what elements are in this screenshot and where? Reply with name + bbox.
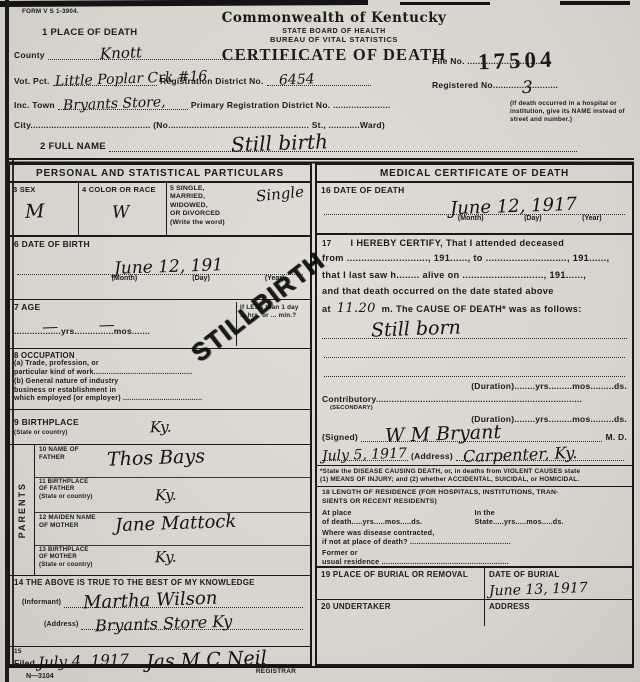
occupation-label: 8 OCCUPATION [14,351,306,360]
full-name-label: 2 FULL NAME [40,141,106,152]
birthplace-value: Ky. [150,418,172,437]
mother-name-value: Jane Mattock [115,511,237,536]
death-certificate-scan: FORM V S 1-3904. Commonwealth of Kentuck… [0,0,640,682]
county-row: County Knott [14,48,314,60]
certify-block: 17 I HEREBY CERTIFY, That I attended dec… [317,235,632,461]
primary-registration-label: Primary Registration District No. ......… [191,100,391,110]
in-state-line: In the State.....yrs.....mos.....ds. [475,508,628,526]
mother-birthplace-row: 13 BIRTHPLACE OF MOTHER (State or countr… [35,546,310,575]
section-divider [8,158,634,160]
precinct-label: Vot. Pct. [14,76,50,86]
dob-label: 6 DATE OF BIRTH [14,239,306,249]
header: FORM V S 1-3904. Commonwealth of Kentuck… [14,0,632,160]
precinct-row: Vot. Pct. Little Poplar Crk #16 Registra… [14,74,374,86]
mother-birthplace-value: Ky. [155,548,177,567]
personal-particulars-section: PERSONAL AND STATISTICAL PARTICULARS 3 S… [8,163,312,666]
duration-line: (Duration)........yrs.........mos.......… [322,381,627,391]
md-label: M. D. [605,432,627,442]
father-name-value: Thos Bays [107,445,206,470]
city-row: City....................................… [14,120,534,130]
certify-last-saw-line: that I last saw h........ alive on .....… [322,267,627,284]
birthplace-label: 9 BIRTHPLACE [14,417,79,427]
file-no-stamp: 17504 [478,47,556,76]
place-of-death-label: 1 PLACE OF DEATH [42,27,137,38]
mother-name-row: 12 MAIDEN NAME OF MOTHER Jane Mattock [35,513,310,546]
form-number: FORM V S 1-3904. [22,8,79,16]
secondary-note: (SECONDARY) [330,405,627,412]
registered-no-value: 3 [522,78,534,98]
filed-date: July 4, 1917 [38,651,130,672]
sex-color-marital-row: 3 SEX M 4 COLOR OR RACE W 5 SINGLE, MARR… [10,183,310,237]
contracted-line: Where was disease contracted, if not at … [322,528,627,546]
parents-label: PARENTS [17,482,27,538]
certify-from-line: from ............................, 191..… [322,250,627,267]
blank-dotted-line [324,343,625,358]
burial-date-cell: DATE OF BURIAL June 13, 1917 [484,568,632,599]
certify-death-occurred-line: and that death occurred on the date stat… [322,285,627,299]
sex-label: 3 SEX [13,185,75,194]
cause-value: Still born [370,317,461,342]
burial-block: 19 PLACE OF BURIAL OR REMOVAL DATE OF BU… [317,566,632,626]
undertaker-label: 20 UNDERTAKER [321,602,480,612]
form-footer-number: N—3104 [26,673,54,680]
color-race-label: 4 COLOR OR RACE [82,185,163,194]
informant-address-row: (Address) Bryants Store Ky [44,618,306,630]
medical-section-title: MEDICAL CERTIFICATE OF DEATH [317,165,632,183]
registrar-signature: Jas M C Neil [146,647,268,673]
inc-town-value: Bryants Store, [63,94,166,114]
undertaker-address-label: ADDRESS [489,602,628,612]
signed-date: July 5, 1917 [322,446,407,465]
cause-intro: m. The CAUSE OF DEATH* was as follows: [382,304,582,314]
cause-line: Still born [322,318,627,339]
occupation-b: (b) General nature of industry business … [14,378,306,404]
blank-dotted-line [324,362,625,377]
burial-date-label: DATE OF BURIAL [489,570,628,580]
burial-place-cell: 19 PLACE OF BURIAL OR REMOVAL [317,568,484,598]
father-name-row: 10 NAME OF FATHER Thos Bays [35,445,310,478]
signed-address-label: (Address) [411,451,453,461]
at-label: at [322,304,331,314]
undertaker-cell: 20 UNDERTAKER [317,599,484,626]
bottom-rule [8,666,634,669]
dod-label: 16 DATE OF DEATH [321,185,628,195]
certify-number: 17 [322,239,332,248]
residence-block: 18 LENGTH OF RESIDENCE (FOR HOSPITALS, I… [317,487,632,566]
informant-address-label: (Address) [44,621,78,630]
undertaker-address-cell: ADDRESS [484,599,632,626]
burial-date-value: June 13, 1917 [489,578,628,599]
full-name-value: Still birth [230,129,328,156]
signed-row: (Signed) W M Bryant M. D. [322,430,627,442]
county-label: County [14,50,45,60]
signed-label: (Signed) [322,432,358,442]
cause-footnote: *State the DISEASE CAUSING DEATH, or, in… [317,465,632,487]
footnote-line-2: (1) MEANS OF INJURY; and (2) whether ACC… [320,476,629,484]
registration-district-value: 6454 [279,71,315,88]
contributory-label: Contributory............................… [322,394,627,404]
precinct-value: Little Poplar Crk #16 [54,68,207,89]
board-subtitle: STATE BOARD OF HEALTH [184,28,484,35]
dod-year-label: (Year) [582,215,601,222]
former-residence-line: Former or usual residence ..............… [322,548,627,566]
bureau-subtitle: BUREAU OF VITAL STATISTICS [184,35,484,44]
informant-address-value: Bryants Store Ky [94,611,232,635]
residence-label: 18 LENGTH OF RESIDENCE (FOR HOSPITALS, I… [322,489,627,506]
parents-strip: PARENTS [10,445,35,575]
sex-cell: 3 SEX M [10,183,78,235]
color-race-value: W [112,201,164,223]
dob-day-label: (Day) [192,275,210,282]
medical-certificate-section: MEDICAL CERTIFICATE OF DEATH 16 DATE OF … [315,163,634,666]
informant-row: (Informant) Martha Wilson [22,596,306,608]
age-label: 7 AGE [14,302,236,312]
footnote-line-1: *State the DISEASE CAUSING DEATH, or, in… [320,468,629,476]
informant-heading: 14 THE ABOVE IS TRUE TO THE BEST OF MY K… [14,578,306,588]
father-birthplace-value: Ky. [155,485,177,504]
occupation-row: 8 OCCUPATION (a) Trade, profession, or p… [10,349,310,410]
county-value: Knott [100,43,143,62]
date-of-death-row: 16 DATE OF DEATH June 12, 1917 (Month) (… [317,183,632,235]
filed-block: 15 Filed July 4, 1917 Jas M C Neil REGIS… [10,647,310,677]
parents-block: PARENTS 10 NAME OF FATHER Thos Bays 11 B… [10,445,310,576]
signed-value: W M Bryant [385,421,502,447]
occupation-a: (a) Trade, profession, or particular kin… [14,360,306,378]
at-value: 11.20 [337,301,376,316]
marital-cell: 5 SINGLE, MARRIED, WIDOWED, OR DIVORCED … [166,183,310,235]
father-birthplace-row: 11 BIRTHPLACE OF FATHER (State or countr… [35,478,310,513]
dob-value: June 12, 191 [114,255,224,279]
birthplace-row: 9 BIRTHPLACE (State or country) Ky. [10,410,310,445]
sex-value: M [25,199,76,223]
signed-date-address-row: July 5, 1917 (Address) Carpenter, Ky. [322,449,627,461]
age-value: — — [42,315,115,337]
informant-label: (Informant) [22,599,61,608]
cause-intro-row: at 11.20 m. The CAUSE OF DEATH* was as f… [322,299,627,319]
hospital-note: (If death occurred in a hospital or inst… [510,100,628,124]
file-number-block: File No. .............................. … [432,56,612,90]
at-place-line: At place of death.....yrs.....mos.....ds… [322,508,475,526]
personal-section-title: PERSONAL AND STATISTICAL PARTICULARS [10,165,310,183]
commonwealth-title: Commonwealth of Kentucky [184,10,484,26]
burial-place-label: 19 PLACE OF BURIAL OR REMOVAL [321,570,480,580]
informant-value: Martha Wilson [83,587,218,613]
full-name-row: 2 FULL NAME Still birth [40,140,580,152]
color-race-cell: 4 COLOR OR RACE W [78,183,166,235]
inc-town-row: Inc. Town Bryants Store, Primary Registr… [14,98,434,110]
informant-block: 14 THE ABOVE IS TRUE TO THE BEST OF MY K… [10,576,310,647]
signed-address-value: Carpenter, Ky. [462,443,577,466]
certify-text: I HEREBY CERTIFY, That I attended deceas… [351,238,565,248]
inc-town-label: Inc. Town [14,100,55,110]
